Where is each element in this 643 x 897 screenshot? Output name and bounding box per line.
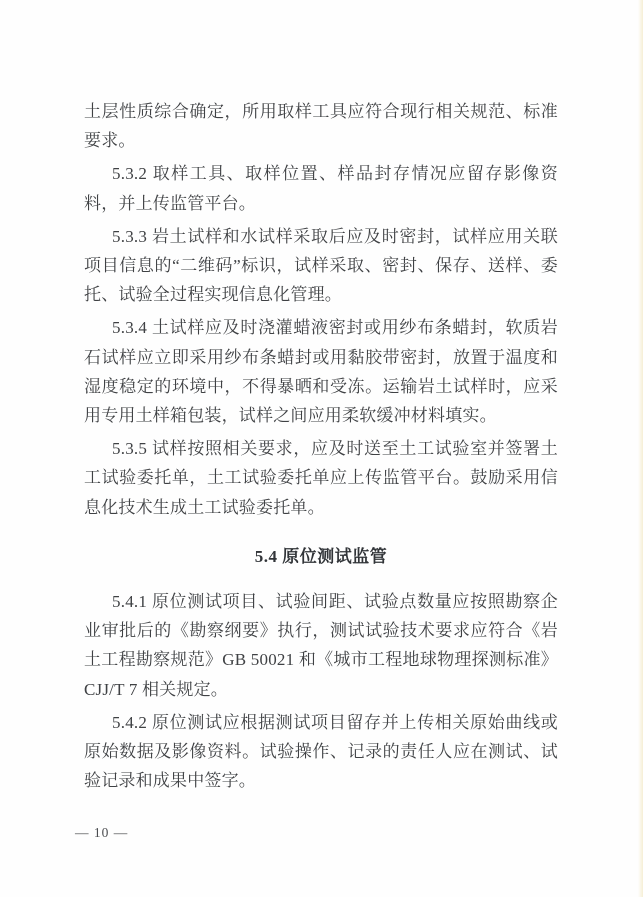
paragraph-5-4-1: 5.4.1 原位测试项目、试验间距、试验点数量应按照勘察企业审批后的《勘察纲要》… — [84, 587, 558, 704]
scanned-document-page: { "doc": { "blocks": [ { "type": "paragr… — [0, 0, 643, 897]
section-heading-5-4: 5.4 原位测试监管 — [84, 542, 558, 571]
paragraph-5-3-2: 5.3.2 取样工具、取样位置、样品封存情况应留存影像资料，并上传监管平台。 — [84, 159, 558, 217]
page-background: 土层性质综合确定，所用取样工具应符合现行相关规范、标准要求。 5.3.2 取样工… — [0, 0, 643, 897]
paragraph-5-3-3: 5.3.3 岩土试样和水试样采取后应及时密封，试样应用关联项目信息的“二维码”标… — [84, 222, 558, 310]
paragraph-5-4-2: 5.4.2 原位测试应根据测试项目留存并上传相关原始曲线或原始数据及影像资料。试… — [84, 708, 558, 796]
paragraph-5-3-4: 5.3.4 土试样应及时浇灌蜡液密封或用纱布条蜡封，软质岩石试样应立即采用纱布条… — [84, 313, 558, 430]
paragraph-5-3-1-continuation: 土层性质综合确定，所用取样工具应符合现行相关规范、标准要求。 — [84, 97, 558, 155]
document-body: 土层性质综合确定，所用取样工具应符合现行相关规范、标准要求。 5.3.2 取样工… — [84, 97, 558, 799]
paragraph-5-3-5: 5.3.5 试样按照相关要求，应及时送至土工试验室并签署土工试验委托单，土工试验… — [84, 434, 558, 522]
page-number: — 10 — — [75, 825, 128, 841]
scan-edge-artifact — [638, 0, 643, 897]
